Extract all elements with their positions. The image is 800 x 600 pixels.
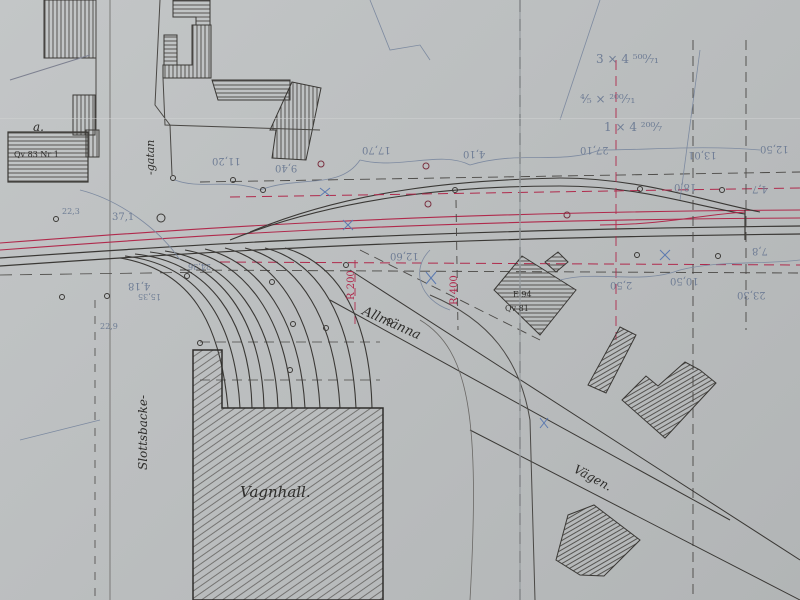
elevation: 22,3 xyxy=(62,207,80,216)
elevation: 23,30 xyxy=(737,289,766,300)
elevation: 7,8 xyxy=(752,245,768,256)
label-gatan: -gatan xyxy=(144,140,157,175)
elevation: 9,40 xyxy=(275,162,297,173)
building-top-left xyxy=(44,0,96,58)
paper-crease-horizontal xyxy=(0,118,800,119)
elevation: 12,60 xyxy=(390,250,419,261)
label-building-mid-note-1: E 94 xyxy=(513,290,532,299)
label-slottsbacke: Slottsbacke- xyxy=(136,395,150,470)
elevation: 18,0 xyxy=(674,181,696,192)
margin-note: 3 × 4 ⁵⁰⁰⁄₇₁ xyxy=(596,52,659,66)
elevation: 11,20 xyxy=(212,155,241,166)
building-bottom-right xyxy=(556,505,640,576)
elevation: 15,35 xyxy=(138,292,161,301)
plan-drawing xyxy=(0,0,800,600)
elevation: 10,50 xyxy=(670,275,699,286)
elevation: 4,10 xyxy=(463,148,485,159)
elevation: 27,10 xyxy=(580,144,609,155)
building-a xyxy=(8,95,99,182)
elevation: 17,70 xyxy=(362,144,391,155)
building-complex-top xyxy=(163,0,321,160)
label-building-a-note: Qv 83 Nr 1 xyxy=(14,150,59,159)
elevation: 2,50 xyxy=(610,279,632,290)
label-plot-a: a. xyxy=(33,120,44,134)
elevation: 13,01 xyxy=(688,149,717,160)
track-plan-sheet: Vagnhall. Allmänna Vägen. Slottsbacke- -… xyxy=(0,0,800,600)
paper-fold-vertical xyxy=(519,0,521,600)
building-right-narrow xyxy=(588,327,636,393)
elevation: 22,9 xyxy=(100,322,118,331)
margin-note: 1 × 4 ²⁰⁰⁄₇ xyxy=(604,120,662,134)
elevation: 37,1 xyxy=(112,212,134,223)
radius-mark-r400: R 400 xyxy=(449,275,460,305)
elevation: 12,50 xyxy=(760,143,789,154)
elevation: 24,36 xyxy=(188,262,211,271)
label-vagnhall: Vagnhall. xyxy=(240,483,311,501)
elevation: 4,7 xyxy=(752,183,768,194)
radius-mark-r200: R 200 xyxy=(346,270,357,300)
depot-fan-tracks xyxy=(120,248,380,408)
label-building-mid-note-2: Qv 81 xyxy=(505,304,529,313)
margin-note: ⁴⁄₅ × ²⁰⁰⁄₇₁ xyxy=(580,92,635,106)
alignment-lines xyxy=(0,0,800,600)
building-right-stepped xyxy=(622,362,716,438)
elevation: 4,18 xyxy=(128,280,150,291)
building-mid xyxy=(494,252,576,335)
